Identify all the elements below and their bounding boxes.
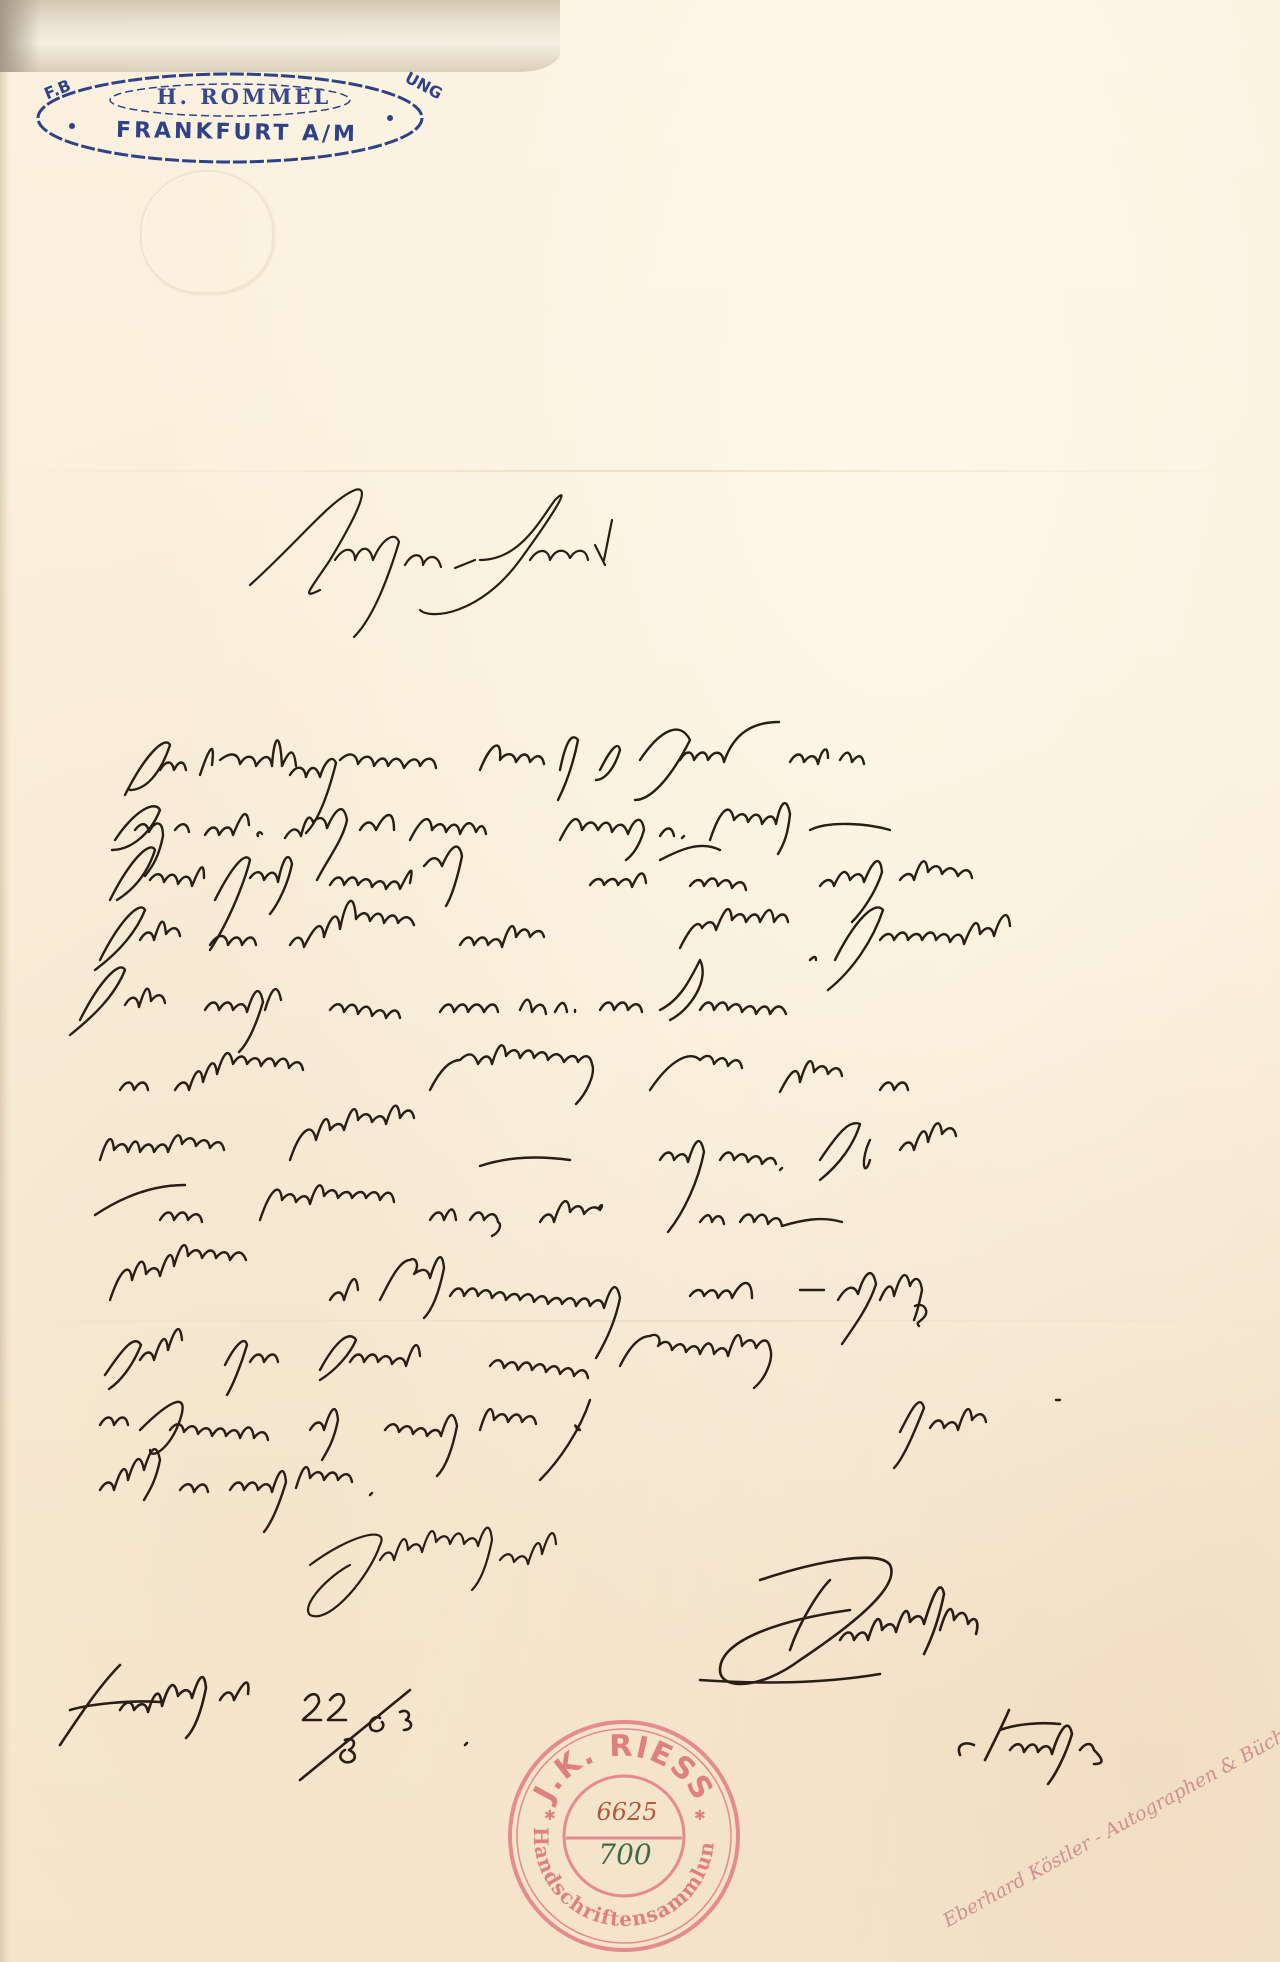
svg-text:✱: ✱ [544,1808,556,1824]
svg-text:✱: ✱ [694,1808,706,1824]
salutation-strokes [250,489,612,637]
closing-strokes [308,1528,556,1617]
price-number: 700 [590,1838,660,1871]
handwriting-layer [0,0,1280,1962]
place-date-strokes [60,1665,467,1780]
signature-strokes [700,1558,1102,1784]
round-stamp-icon: J.K. RIESS Handschriftensammlung ✱ ✱ [504,1716,744,1956]
inventory-number: 6625 [592,1798,662,1826]
collection-stamp: J.K. RIESS Handschriftensammlung ✱ ✱ 662… [504,1716,744,1956]
body-strokes [70,722,1060,1532]
